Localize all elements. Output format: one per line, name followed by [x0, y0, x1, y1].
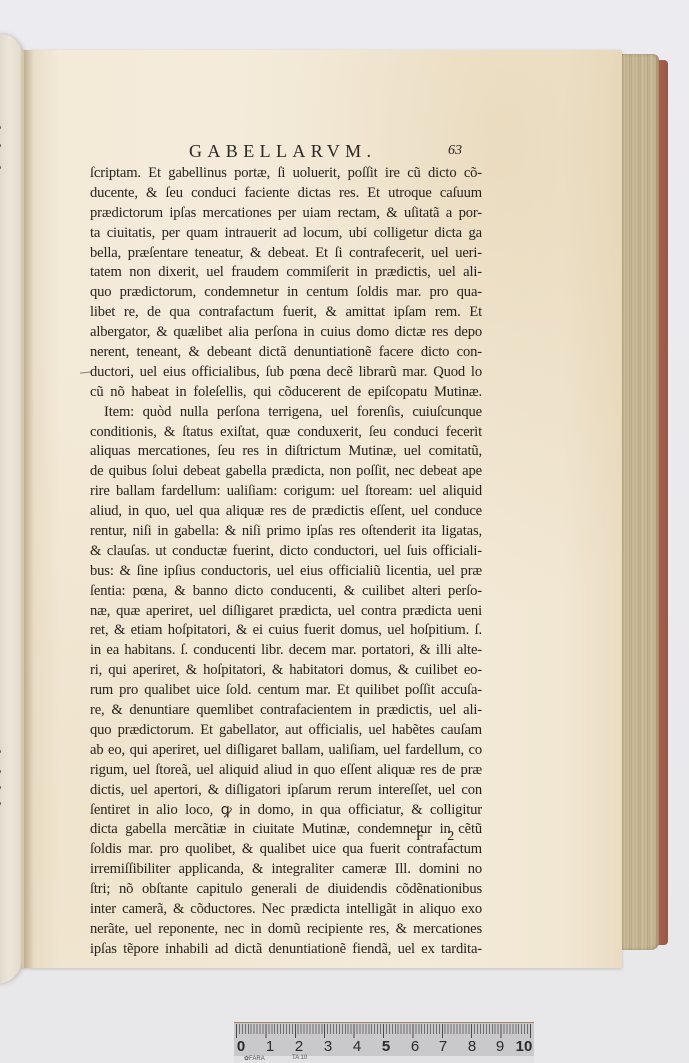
text-line: ſentia: pœna, & banno dicto conducenti, …	[90, 582, 482, 602]
text-line: aliquas mercationes, ſeu res in diſtrict…	[90, 442, 482, 462]
ruler-number: 8	[468, 1038, 476, 1055]
text-line: quo prædictorum, condemnetur in centum ſ…	[90, 283, 482, 303]
text-line: bus: & ſine ipſius conductoris, uel eius…	[90, 562, 482, 582]
text-line: ſentiret in alio loco, ꝙ in domo, in qua…	[90, 801, 482, 821]
text-line: tatem non dixerit, uel fraudem commiſeri…	[90, 263, 482, 283]
text-line: irremiſſibiliter applicanda, & integrali…	[90, 860, 482, 880]
ruler-model: TA 10	[292, 1055, 307, 1061]
ruler-brand: ✿FARA	[244, 1055, 265, 1062]
bleed-through-mark	[0, 770, 1, 773]
ruler-number: 2	[295, 1038, 303, 1055]
ruler-label-strip	[234, 1056, 534, 1063]
text-line: ducente, & ſeu conduci faciente dictas r…	[90, 184, 482, 204]
text-line: de quibus ſolui debeat gabella prædicta,…	[90, 462, 482, 482]
bleed-through-mark	[0, 750, 1, 753]
ruler-number: 9	[496, 1038, 504, 1055]
paragraph-start-line: Item: quòd nulla perſona terrigena, uel …	[90, 403, 482, 423]
text-line: conditionis, & ſtatus exiſtat, quæ condu…	[90, 423, 482, 443]
text-line: næ, quæ aperiret, uel diſligaret prædict…	[90, 602, 482, 622]
text-line: ri, qui aperiret, & hoſpitatori, & habit…	[90, 661, 482, 681]
text-line: libet re, de qua contrafactum fuerit, & …	[90, 303, 482, 323]
text-line: rire ballam fardellum: ualiſiam: corigum…	[90, 482, 482, 502]
text-line: ab eo, qui aperiret, uel diſligaret ball…	[90, 741, 482, 761]
text-line: prædictorum ipſas mercationes per uiam r…	[90, 204, 482, 224]
gutter-shadow	[24, 50, 34, 968]
text-line: rigum, uel ſtoreã, uel aliquid aliud in …	[90, 761, 482, 781]
text-line: nerãte, uel reponente, nec in domũ recip…	[90, 920, 482, 940]
text-line: ta ciuitatis, per quam intrauerit ad loc…	[90, 224, 482, 244]
text-line: albergator, & quælibet alia perſona in c…	[90, 323, 482, 343]
text-line: ſtri; nõ obſtante capitulo generali de d…	[90, 880, 482, 900]
text-line: & clauſas. ut conductæ fuerint, dicto co…	[90, 542, 482, 562]
text-line: quo prædictorum. Et gabellator, aut offi…	[90, 721, 482, 741]
ruler-number: 7	[439, 1038, 447, 1055]
ruler-major-ticks	[236, 1024, 532, 1038]
ruler-number: 6	[411, 1038, 419, 1055]
text-line: bella, præſentare teneatur, & debeat. Et…	[90, 244, 482, 264]
text-line: in ea habitans. ſ. conducenti libr. dece…	[90, 641, 482, 661]
text-line: re, & denuntiare quemlibet contrafacient…	[90, 701, 482, 721]
running-head: GABELLARVM. 63	[24, 141, 622, 165]
text-line: dictis, uel apertori, & diſligatori ipſa…	[90, 781, 482, 801]
bleed-through-mark	[0, 166, 1, 169]
page-number: 63	[448, 143, 462, 159]
book-page: GABELLARVM. 63 ſcriptam. Et gabellinus p…	[22, 50, 622, 968]
scale-ruler: 0 1 2 3 4 5 6 7 8 9 10 ✿FARA TA 10	[234, 1022, 534, 1063]
ruler-numbers: 0 1 2 3 4 5 6 7 8 9 10	[234, 1038, 534, 1054]
text-line: cũ nõ habeat in foleſellis, qui cõducere…	[90, 383, 482, 403]
ruler-number: 4	[353, 1038, 361, 1055]
text-line: rentur, niſi in gabella: & niſi primo ip…	[90, 522, 482, 542]
bleed-through-mark	[0, 126, 1, 129]
bleed-through-mark	[0, 786, 1, 789]
text-line: ſcriptam. Et gabellinus portæ, ſi uoluer…	[90, 164, 482, 184]
running-title: GABELLARVM.	[189, 141, 376, 162]
ruler-number: 10	[516, 1038, 533, 1055]
ruler-number: 3	[324, 1038, 332, 1055]
text-line: nerent, teneant, & debeant dictã denunti…	[90, 343, 482, 363]
text-line: ipſas tẽpore inhabili ad dictã denuntiat…	[90, 940, 482, 960]
signature-mark: F 2	[416, 829, 464, 845]
text-line: rum pro qualibet uice ſold. centum mar. …	[90, 681, 482, 701]
bleed-through-mark	[0, 802, 1, 805]
text-line: inter camerã, & cõductores. Nec prædicta…	[90, 900, 482, 920]
text-line: ductori, uel eius officialibus, ſub pœna…	[90, 363, 482, 383]
text-line: ret, & etiam hoſpitatori, & ei cuius fue…	[90, 621, 482, 641]
bleed-through-mark	[0, 144, 1, 147]
text-line: aliud, in quo, uel qua aliquæ res de præ…	[90, 502, 482, 522]
ruler-number: 1	[266, 1038, 274, 1055]
ruler-number: 5	[382, 1038, 390, 1055]
facing-page-edge	[0, 34, 22, 984]
ruler-number: 0	[237, 1038, 245, 1055]
